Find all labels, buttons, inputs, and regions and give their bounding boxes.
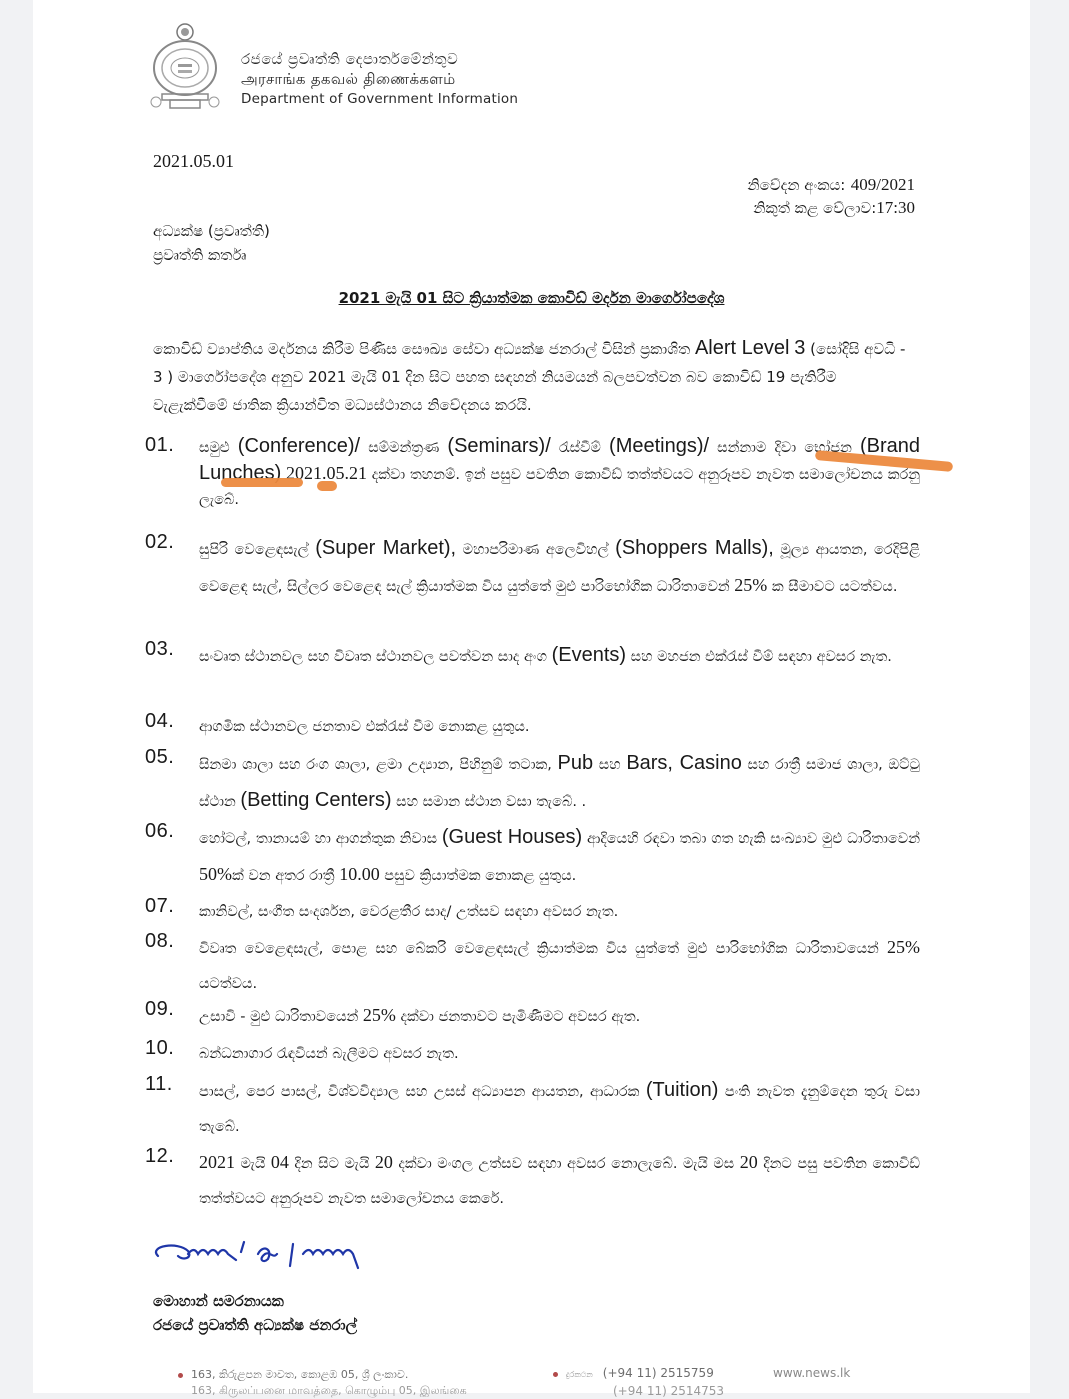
intro-paragraph: කොවිඩ් ව්‍යාප්තිය මර්දනය කිරීම පිණිස සෞඛ… xyxy=(153,334,915,419)
marker-annotation xyxy=(221,478,303,487)
letterhead-tamil: அரசாங்க தகவல் திணைக்களம் xyxy=(241,70,455,90)
document-date: 2021.05.01 xyxy=(153,151,234,172)
guideline-item: 03.සංවෘත ස්ථානවල සහ විවෘත ස්ථානවල පවත්වන… xyxy=(145,638,920,675)
item-number: 02. xyxy=(145,531,199,605)
guideline-item: 12.2021 මැයි 04 දින සිට මැයි 20 දක්වා මං… xyxy=(145,1145,920,1217)
guideline-item: 04.ආගමික ස්ථානවල ජනතාව එක්රැස් වීම නොකළ … xyxy=(145,710,920,745)
signatory-title: රජයේ ප්‍රවෘත්ති අධ්‍යක්ෂ ජනරාල් xyxy=(153,1316,357,1334)
guideline-item: 11.පාසල්, පෙර පාසල්, විශ්වවිද්‍යාල සහ උස… xyxy=(145,1073,920,1145)
recipient-line-1: අධ්‍යක්ෂ (ප්‍රවෘත්ති) xyxy=(153,222,270,240)
document-page: රජයේ ප්‍රවෘත්ති දෙපාර්තමේන්තුව அரசாங்க த… xyxy=(33,0,1030,1393)
release-time-label: නිකුත් කළ වේලාව: xyxy=(753,199,876,217)
release-number-value: 409/2021 xyxy=(851,175,915,194)
item-text: සිනමා ශාලා සහ රංග ශාලා, ළමා උද්‍යාන, පිහ… xyxy=(199,746,920,820)
item-text: හෝටල්, තානායම් හා ආගන්තුක නිවාස (Guest H… xyxy=(199,820,920,894)
bullet-icon xyxy=(178,1373,183,1378)
intro-level-number: 3 xyxy=(794,337,805,359)
guideline-item: 01.සමුළු (Conference)/ සම්මන්ත්‍රණ (Semi… xyxy=(145,434,920,513)
letterhead-sinhala: රජයේ ප්‍රවෘත්ති දෙපාර්තමේන්තුව xyxy=(241,50,458,68)
item-number: 01. xyxy=(145,434,199,513)
footer-address-tamil: 163, கிருலப்பனை மாவத்தை, கொழும்பு 05, இல… xyxy=(191,1384,467,1393)
item-text: පාසල්, පෙර පාසල්, විශ්වවිද්‍යාල සහ උසස් … xyxy=(199,1073,920,1145)
footer-address: 163, කිරුළපන මාවත, කොළඹ 05, ශ්‍රී ලංකාව. xyxy=(178,1368,408,1382)
guideline-item: 02.සුපිරි වෙළෙඳසැල් (Super Market), මහාප… xyxy=(145,531,920,605)
item-number: 06. xyxy=(145,820,199,894)
item-number: 07. xyxy=(145,895,199,930)
release-time: නිකුත් කළ වේලාව:17:30 xyxy=(753,198,915,218)
item-text: සුපිරි වෙළෙඳසැල් (Super Market), මහාපරිම… xyxy=(199,531,920,605)
item-text: කානිවල්, සංගීත සංදර්ශන, වෙරළතීර සාද/ උත්… xyxy=(199,895,920,930)
item-number: 04. xyxy=(145,710,199,745)
item-text: උසාවි - මුළු ධාරිතාවයෙන් 25% දක්වා ජනතාව… xyxy=(199,998,920,1035)
bullet-icon xyxy=(553,1372,558,1377)
intro-alert-level: Alert Level xyxy=(695,337,790,359)
footer-telephone: දුරකථන(+94 11) 2515759 xyxy=(553,1366,714,1380)
marker-annotation xyxy=(317,481,337,491)
footer-website-link[interactable]: www.news.lk xyxy=(773,1366,850,1380)
item-number: 10. xyxy=(145,1037,199,1072)
release-time-value: 17:30 xyxy=(876,198,915,217)
item-text: විවෘත වෙළෙඳසැල්, පොළ සහ බේකරි වෙළෙඳසැල් … xyxy=(199,930,920,1002)
item-number: 12. xyxy=(145,1145,199,1217)
guideline-item: 10.බන්ධනාගාර රැඳවියන් බැලීමට අවසර නැත. xyxy=(145,1037,920,1072)
item-number: 08. xyxy=(145,930,199,1002)
letterhead-english: Department of Government Information xyxy=(241,91,518,107)
release-number-label: නිවේදන අංකය: xyxy=(748,176,846,194)
guideline-item: 07.කානිවල්, සංගීත සංදර්ශන, වෙරළතීර සාද/ … xyxy=(145,895,920,930)
item-text: සංවෘත ස්ථානවල සහ විවෘත ස්ථානවල පවත්වන සා… xyxy=(199,638,920,675)
signatory-name: මොහාන් සමරනායක xyxy=(153,1292,284,1310)
release-number: නිවේදන අංකය: 409/2021 xyxy=(748,175,916,195)
guideline-item: 05.සිනමා ශාලා සහ රංග ශාලා, ළමා උද්‍යාන, … xyxy=(145,746,920,820)
item-number: 03. xyxy=(145,638,199,675)
item-number: 05. xyxy=(145,746,199,820)
item-number: 09. xyxy=(145,998,199,1035)
signature-icon xyxy=(148,1236,418,1286)
item-text: 2021 මැයි 04 දින සිට මැයි 20 දක්වා මංගල … xyxy=(199,1145,920,1217)
item-text: ආගමික ස්ථානවල ජනතාව එක්රැස් වීම නොකළ යුත… xyxy=(199,710,920,745)
guideline-item: 06.හෝටල්, තානායම් හා ආගන්තුක නිවාස (Gues… xyxy=(145,820,920,894)
item-text: බන්ධනාගාර රැඳවියන් බැලීමට අවසර නැත. xyxy=(199,1037,920,1072)
recipient-line-2: ප්‍රවෘත්ති කර්තෘ xyxy=(153,246,246,264)
guideline-item: 09.උසාවි - මුළු ධාරිතාවයෙන් 25% දක්වා ජන… xyxy=(145,998,920,1035)
guideline-item: 08.විවෘත වෙළෙඳසැල්, පොළ සහ බේකරි වෙළෙඳසැ… xyxy=(145,930,920,1002)
document-title: 2021 මැයි 01 සිට ක්‍රියාත්මක කොවිඩ් මර්ද… xyxy=(33,289,1030,307)
intro-text-1: කොවිඩ් ව්‍යාප්තිය මර්දනය කිරීම පිණිස සෞඛ… xyxy=(153,340,690,358)
item-text: සමුළු (Conference)/ සම්මන්ත්‍රණ (Seminar… xyxy=(199,434,920,513)
item-number: 11. xyxy=(145,1073,199,1145)
national-emblem-icon xyxy=(148,20,222,112)
footer-telephone-2: (+94 11) 2514753 xyxy=(553,1384,724,1393)
